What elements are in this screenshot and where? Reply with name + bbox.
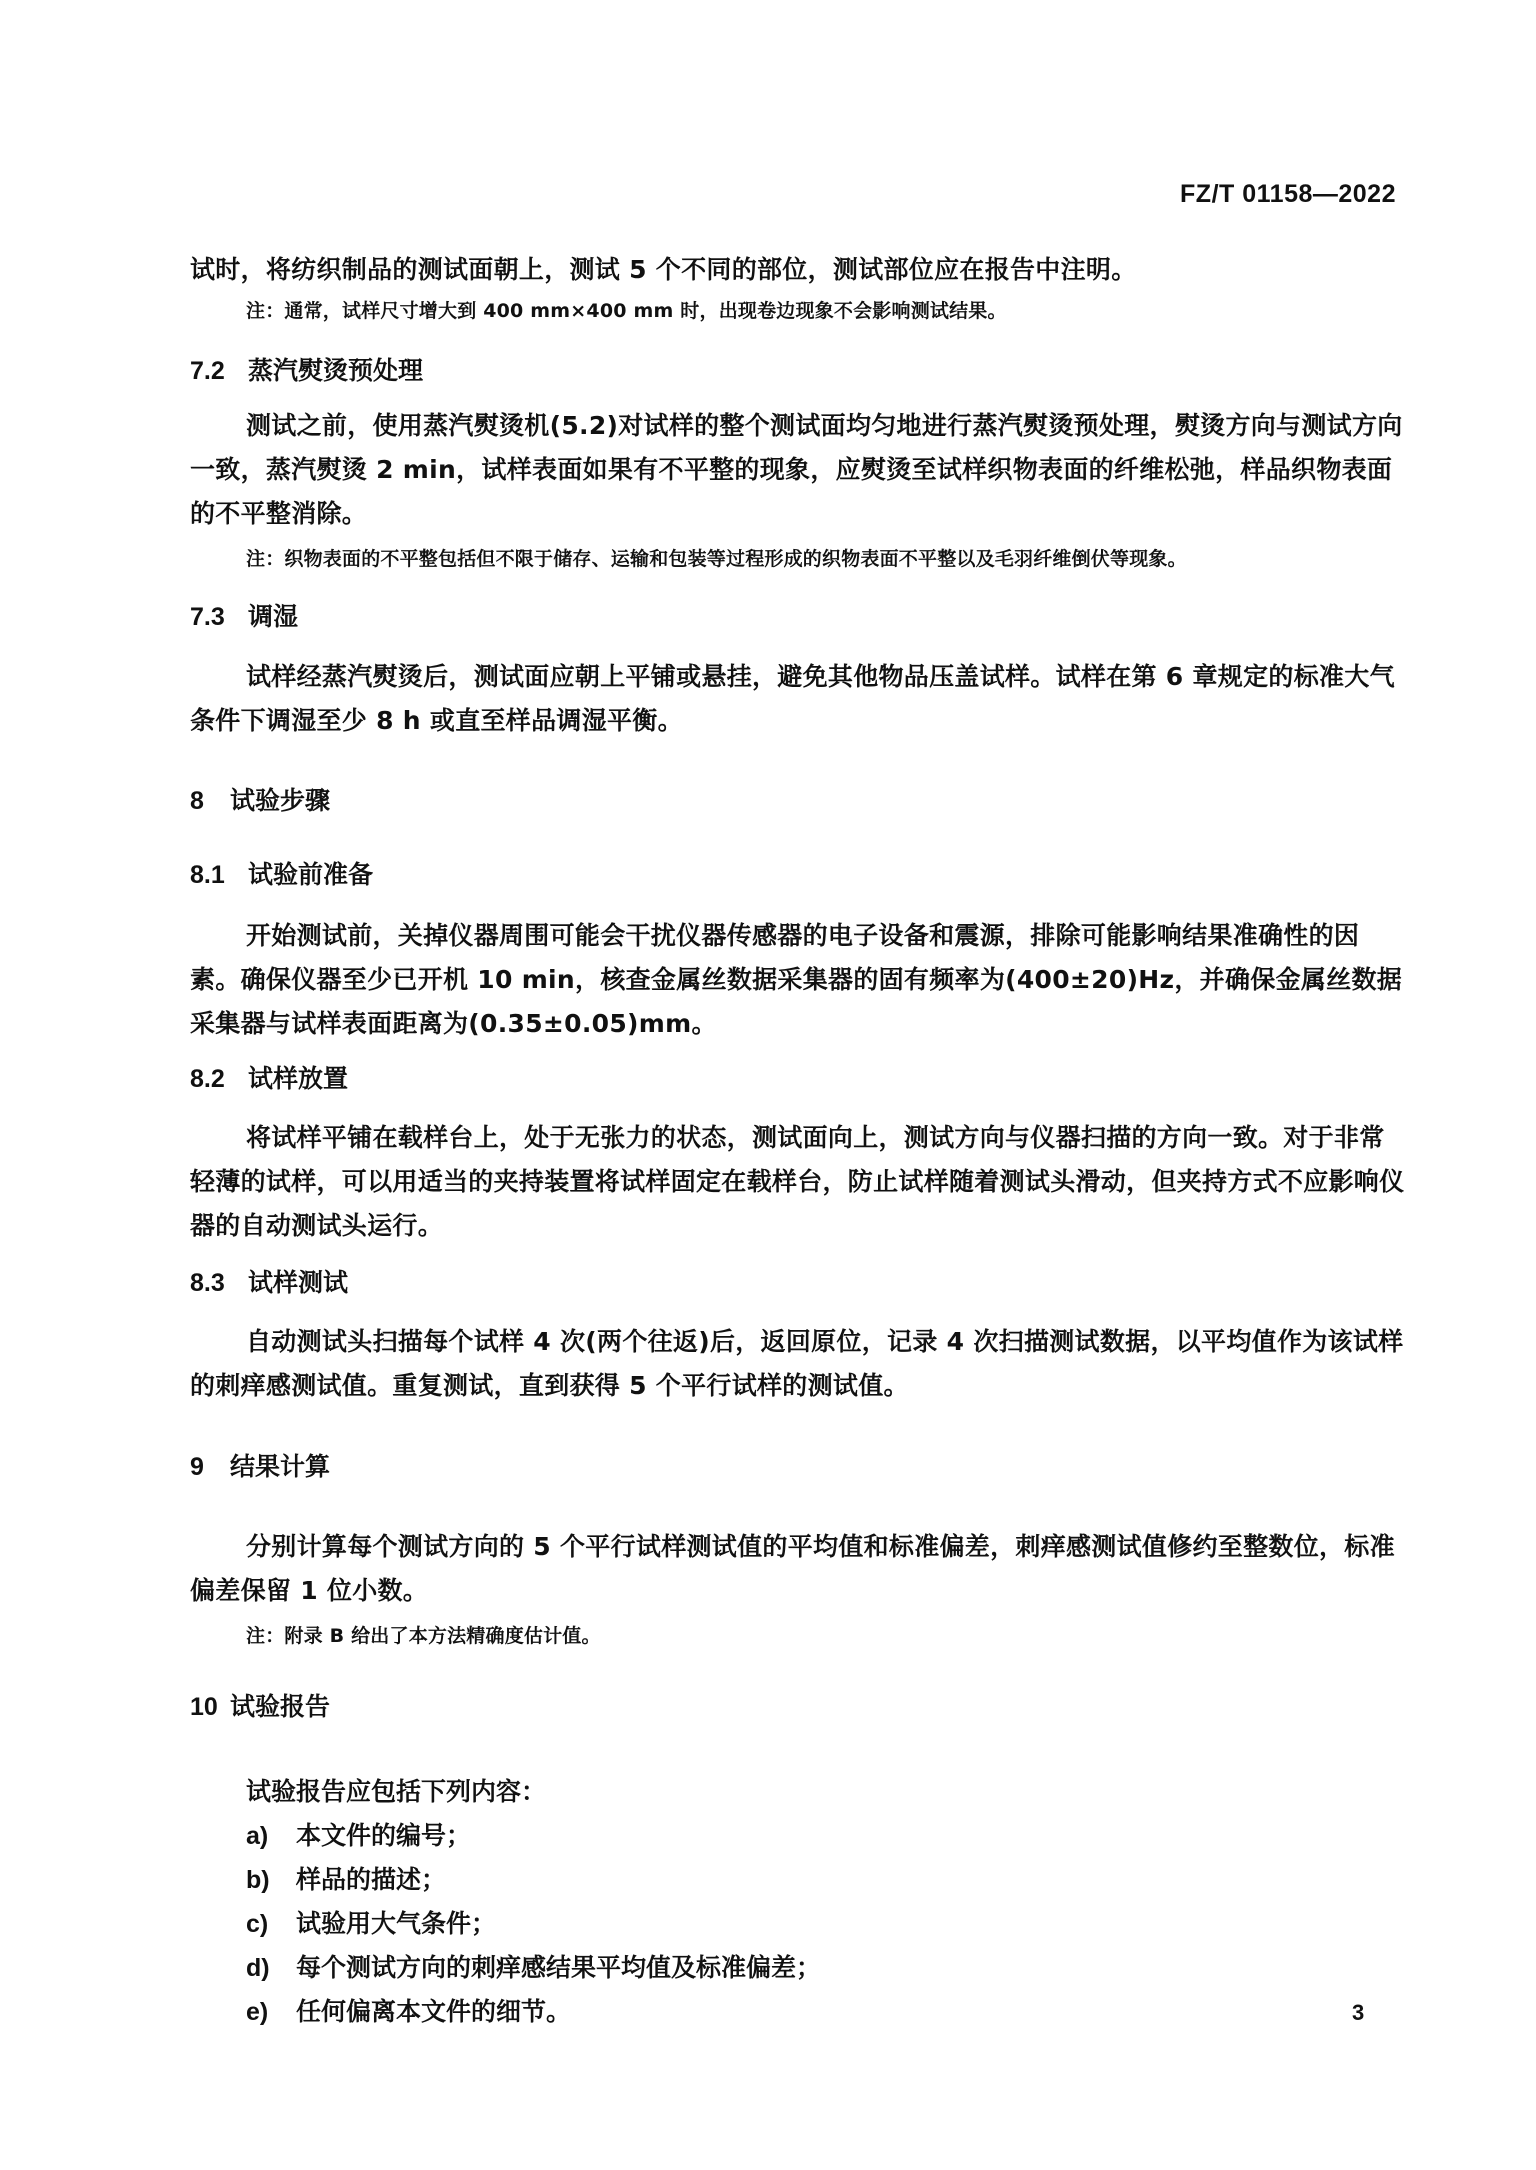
section-title: 蒸汽熨烫预处理 (248, 356, 423, 385)
section-8-1-body: 开始测试前，关掉仪器周围可能会干扰仪器传感器的电子设备和震源，排除可能影响结果准… (190, 914, 1405, 1046)
list-marker: d) (246, 1947, 296, 1990)
section-title: 试样放置 (248, 1064, 348, 1093)
section-7-3-body: 试样经蒸汽熨烫后，测试面应朝上平铺或悬挂，避免其他物品压盖试样。试样在第 6 章… (190, 655, 1405, 743)
section-10: 10试验报告 (190, 1690, 1405, 1724)
list-marker: c) (246, 1903, 296, 1946)
section-8-2: 8.2试样放置 (190, 1062, 1405, 1096)
section-title: 结果计算 (230, 1452, 330, 1481)
paragraph: 测试之前，使用蒸汽熨烫机(5.2)对试样的整个测试面均匀地进行蒸汽熨烫预处理，熨… (190, 404, 1405, 536)
note: 注：通常，试样尺寸增大到 400 mm×400 mm 时，出现卷边现象不会影响测… (190, 296, 1405, 326)
section-title: 试验步骤 (230, 786, 330, 815)
list-item: e)任何偏离本文件的细节。 (246, 1990, 1405, 2034)
section-7-2-body: 测试之前，使用蒸汽熨烫机(5.2)对试样的整个测试面均匀地进行蒸汽熨烫预处理，熨… (190, 404, 1405, 574)
standard-number: FZ/T 01158—2022 (1180, 180, 1396, 209)
section-number: 9 (190, 1450, 230, 1484)
section-9-body: 分别计算每个测试方向的 5 个平行试样测试值的平均值和标准偏差，刺痒感测试值修约… (190, 1525, 1405, 1651)
section-heading: 9结果计算 (190, 1450, 1405, 1484)
paragraph: 自动测试头扫描每个试样 4 次(两个往返)后，返回原位，记录 4 次扫描测试数据… (190, 1320, 1405, 1408)
section-number: 7.2 (190, 354, 248, 388)
paragraph: 试样经蒸汽熨烫后，测试面应朝上平铺或悬挂，避免其他物品压盖试样。试样在第 6 章… (190, 655, 1405, 743)
section-8-2-body: 将试样平铺在载样台上，处于无张力的状态，测试面向上，测试方向与仪器扫描的方向一致… (190, 1116, 1405, 1248)
section-number: 10 (190, 1690, 230, 1724)
section-heading: 7.2蒸汽熨烫预处理 (190, 354, 1405, 388)
section-heading: 10试验报告 (190, 1690, 1405, 1724)
section-9: 9结果计算 (190, 1450, 1405, 1484)
section-title: 调湿 (248, 602, 298, 631)
list-item: c)试验用大气条件； (246, 1902, 1405, 1946)
section-number: 8.3 (190, 1266, 248, 1300)
section-heading: 8.3试样测试 (190, 1266, 1405, 1300)
list-marker: e) (246, 1991, 296, 2034)
list-item-text: 本文件的编号； (296, 1821, 471, 1850)
paragraph: 分别计算每个测试方向的 5 个平行试样测试值的平均值和标准偏差，刺痒感测试值修约… (190, 1525, 1405, 1613)
list-item-text: 任何偏离本文件的细节。 (296, 1997, 571, 2026)
section-heading: 8.2试样放置 (190, 1062, 1405, 1096)
section-8: 8试验步骤 (190, 784, 1405, 818)
section-8-3: 8.3试样测试 (190, 1266, 1405, 1300)
intro-block: 试时，将纺织制品的测试面朝上，测试 5 个不同的部位，测试部位应在报告中注明。 … (190, 248, 1405, 326)
section-heading: 8.1试验前准备 (190, 858, 1405, 892)
section-heading: 7.3调湿 (190, 600, 1405, 634)
section-10-body: 试验报告应包括下列内容： a)本文件的编号； b)样品的描述； c)试验用大气条… (190, 1770, 1405, 2034)
section-number: 8.2 (190, 1062, 248, 1096)
continuation-paragraph: 试时，将纺织制品的测试面朝上，测试 5 个不同的部位，测试部位应在报告中注明。 (190, 248, 1405, 292)
paragraph: 将试样平铺在载样台上，处于无张力的状态，测试面向上，测试方向与仪器扫描的方向一致… (190, 1116, 1405, 1248)
section-number: 8 (190, 784, 230, 818)
section-7-3: 7.3调湿 (190, 600, 1405, 634)
section-heading: 8试验步骤 (190, 784, 1405, 818)
list-item: d)每个测试方向的刺痒感结果平均值及标准偏差； (246, 1946, 1405, 1990)
section-title: 试样测试 (248, 1268, 348, 1297)
list-marker: a) (246, 1815, 296, 1858)
section-7-2: 7.2蒸汽熨烫预处理 (190, 354, 1405, 388)
list-item: a)本文件的编号； (246, 1814, 1405, 1858)
paragraph: 开始测试前，关掉仪器周围可能会干扰仪器传感器的电子设备和震源，排除可能影响结果准… (190, 914, 1405, 1046)
list-marker: b) (246, 1859, 296, 1902)
section-title: 试验前准备 (248, 860, 373, 889)
section-number: 8.1 (190, 858, 248, 892)
list-item: b)样品的描述； (246, 1858, 1405, 1902)
list-item-text: 样品的描述； (296, 1865, 446, 1894)
report-items-list: a)本文件的编号； b)样品的描述； c)试验用大气条件； d)每个测试方向的刺… (190, 1814, 1405, 2034)
section-8-3-body: 自动测试头扫描每个试样 4 次(两个往返)后，返回原位，记录 4 次扫描测试数据… (190, 1320, 1405, 1408)
list-item-text: 每个测试方向的刺痒感结果平均值及标准偏差； (296, 1953, 821, 1982)
note: 注：织物表面的不平整包括但不限于储存、运输和包装等过程形成的织物表面不平整以及毛… (190, 544, 1405, 574)
list-intro: 试验报告应包括下列内容： (190, 1770, 1405, 1814)
list-item-text: 试验用大气条件； (296, 1909, 496, 1938)
document-page: FZ/T 01158—2022 试时，将纺织制品的测试面朝上，测试 5 个不同的… (0, 0, 1536, 2170)
section-number: 7.3 (190, 600, 248, 634)
note: 注：附录 B 给出了本方法精确度估计值。 (190, 1621, 1405, 1651)
page-number: 3 (1352, 2000, 1364, 2026)
section-title: 试验报告 (230, 1692, 330, 1721)
section-8-1: 8.1试验前准备 (190, 858, 1405, 892)
